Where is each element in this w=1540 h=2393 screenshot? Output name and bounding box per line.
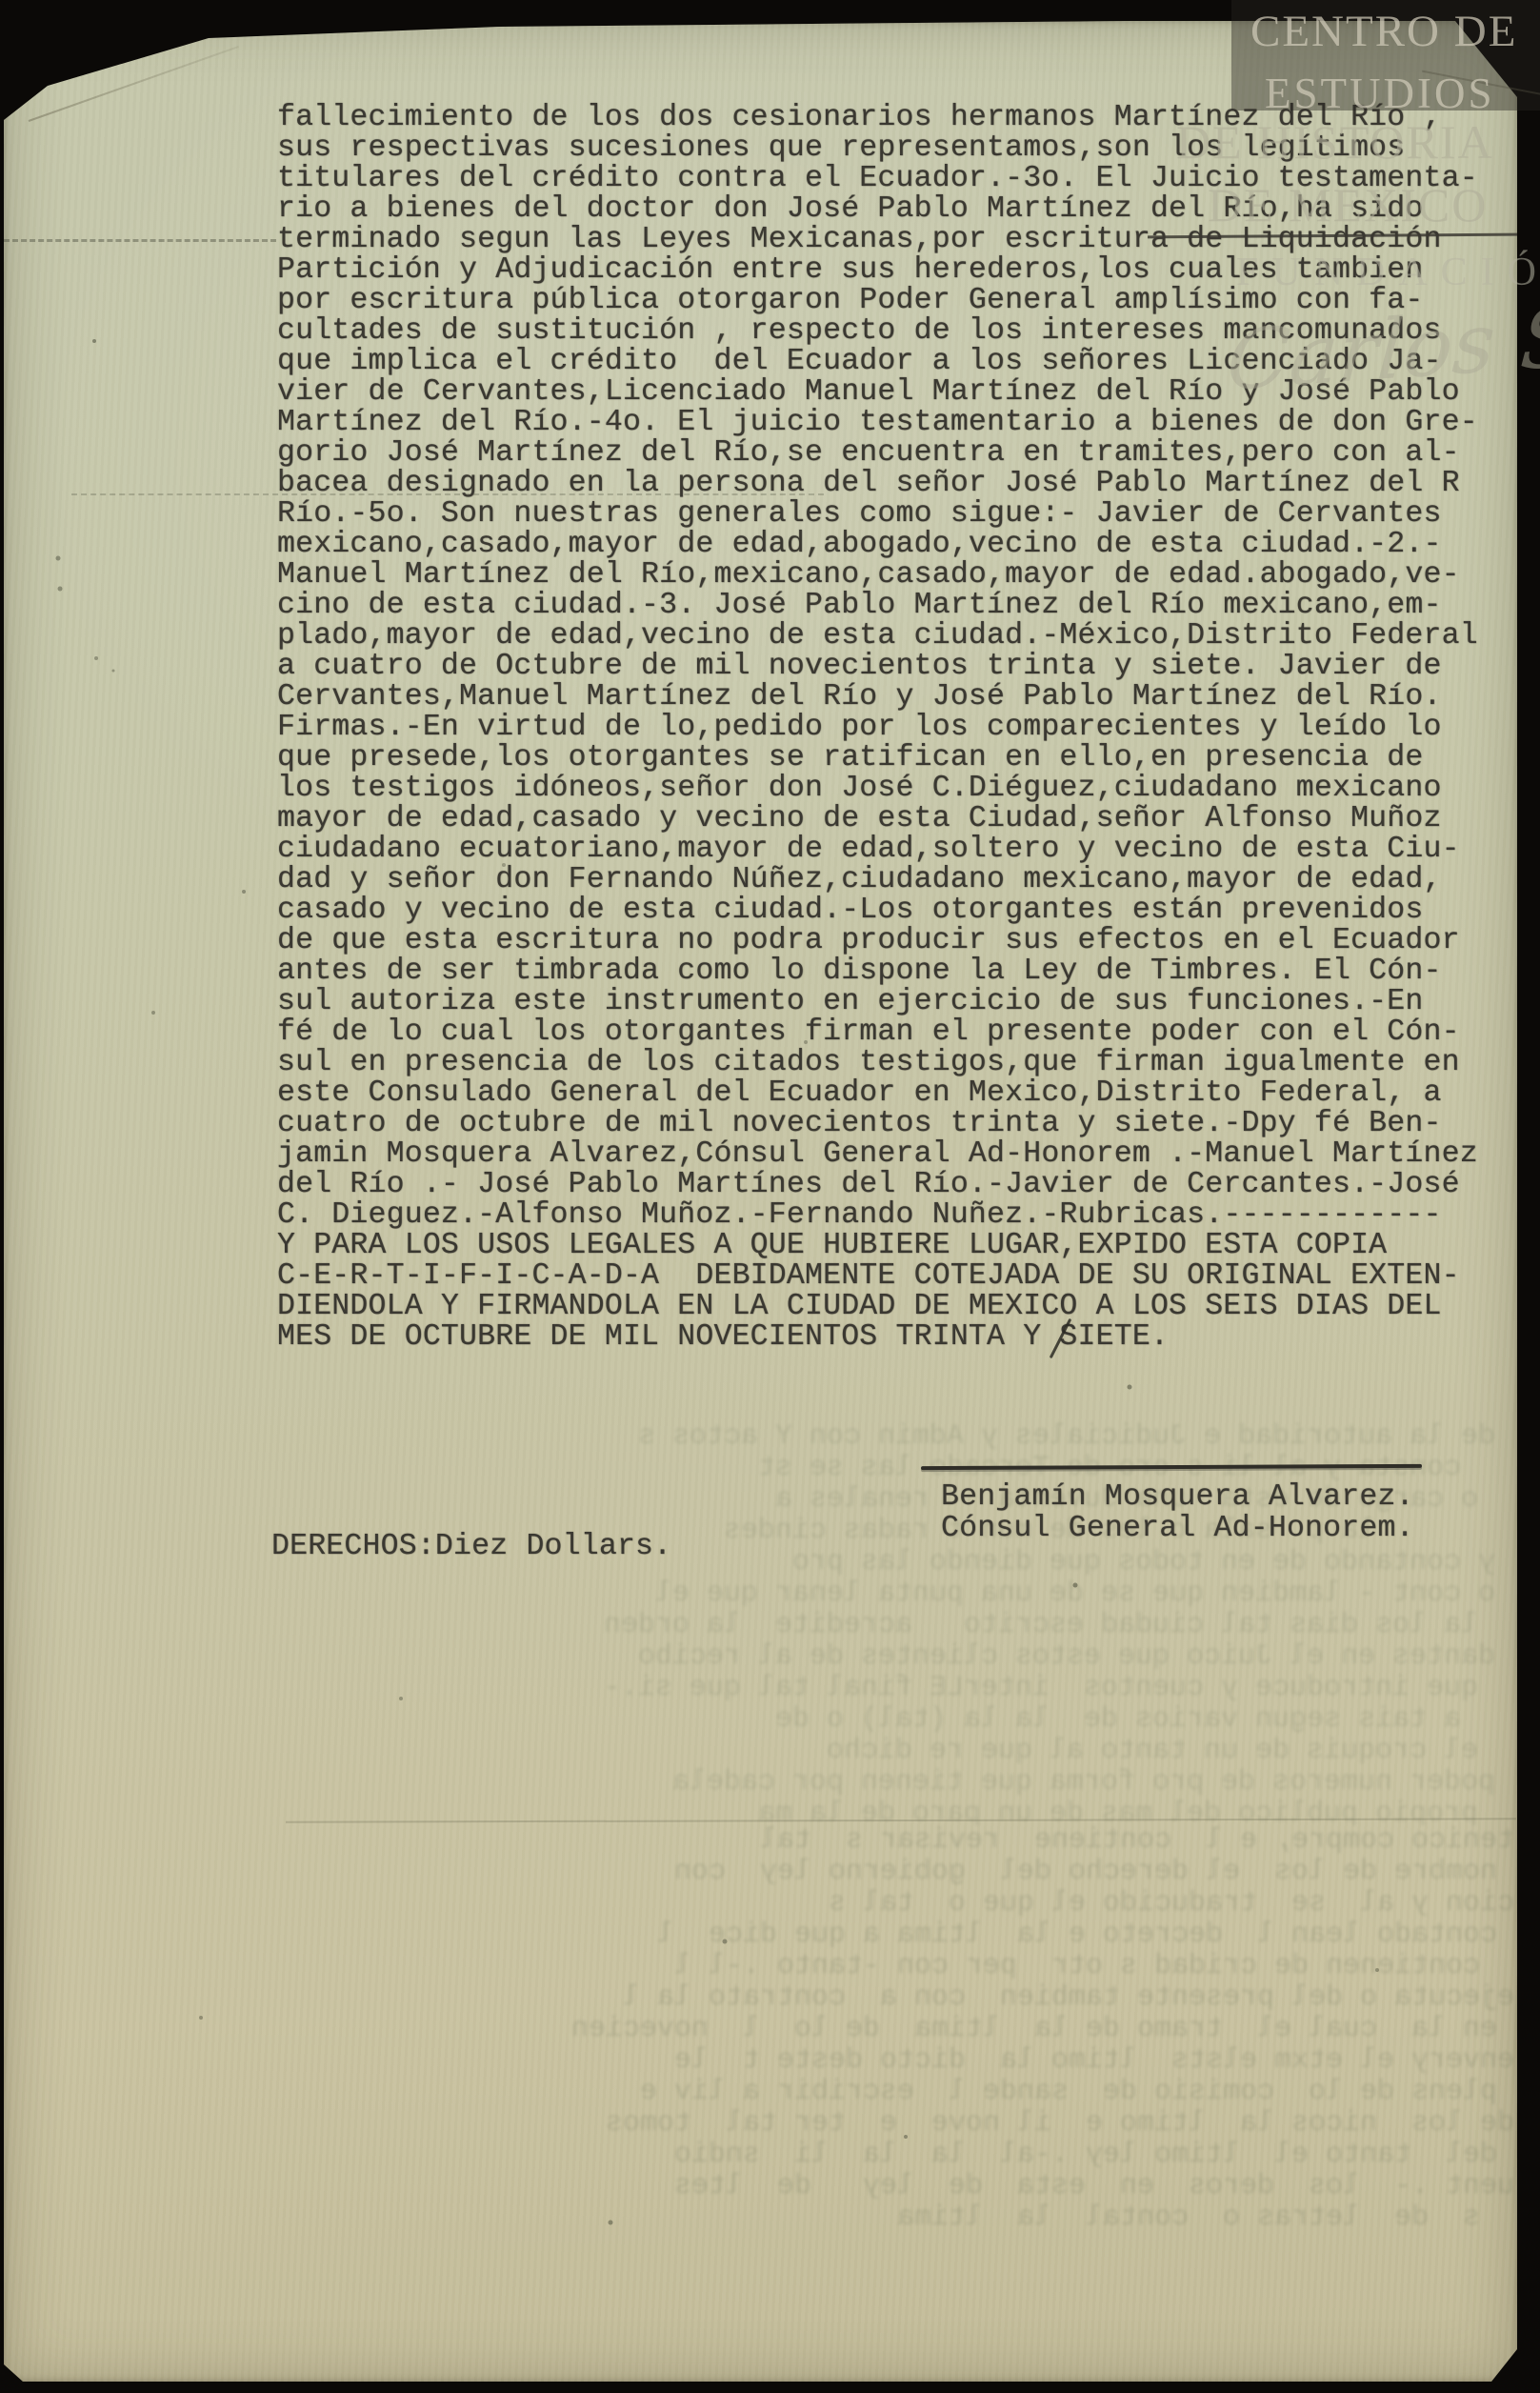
watermark-line-de-mexico: DE MEXICO	[1208, 177, 1488, 232]
scanned-document-photo: de la autoridad e Judiciales y Admin con…	[0, 0, 1540, 2393]
signature-title: Cónsul General Ad-Honorem.	[941, 1514, 1414, 1544]
signature-name: Benjamín Mosquera Alvarez.	[941, 1482, 1414, 1513]
watermark-line-fundacion: FUNDACIÓN	[1236, 250, 1540, 295]
verso-bleedthrough-lower: tenico compre, e l contiene revisar s ta…	[286, 1825, 1514, 2241]
fees-line: DERECHOS:Diez Dollars.	[271, 1532, 671, 1562]
ink-specks	[0, 0, 2, 2]
watermark-line-centro-de: CENTRO DE	[1250, 6, 1517, 57]
watermark-line-de-historia: DE HISTORIA	[1176, 114, 1494, 170]
watermark-line-estudios: ESTUDIOS	[1265, 69, 1495, 118]
